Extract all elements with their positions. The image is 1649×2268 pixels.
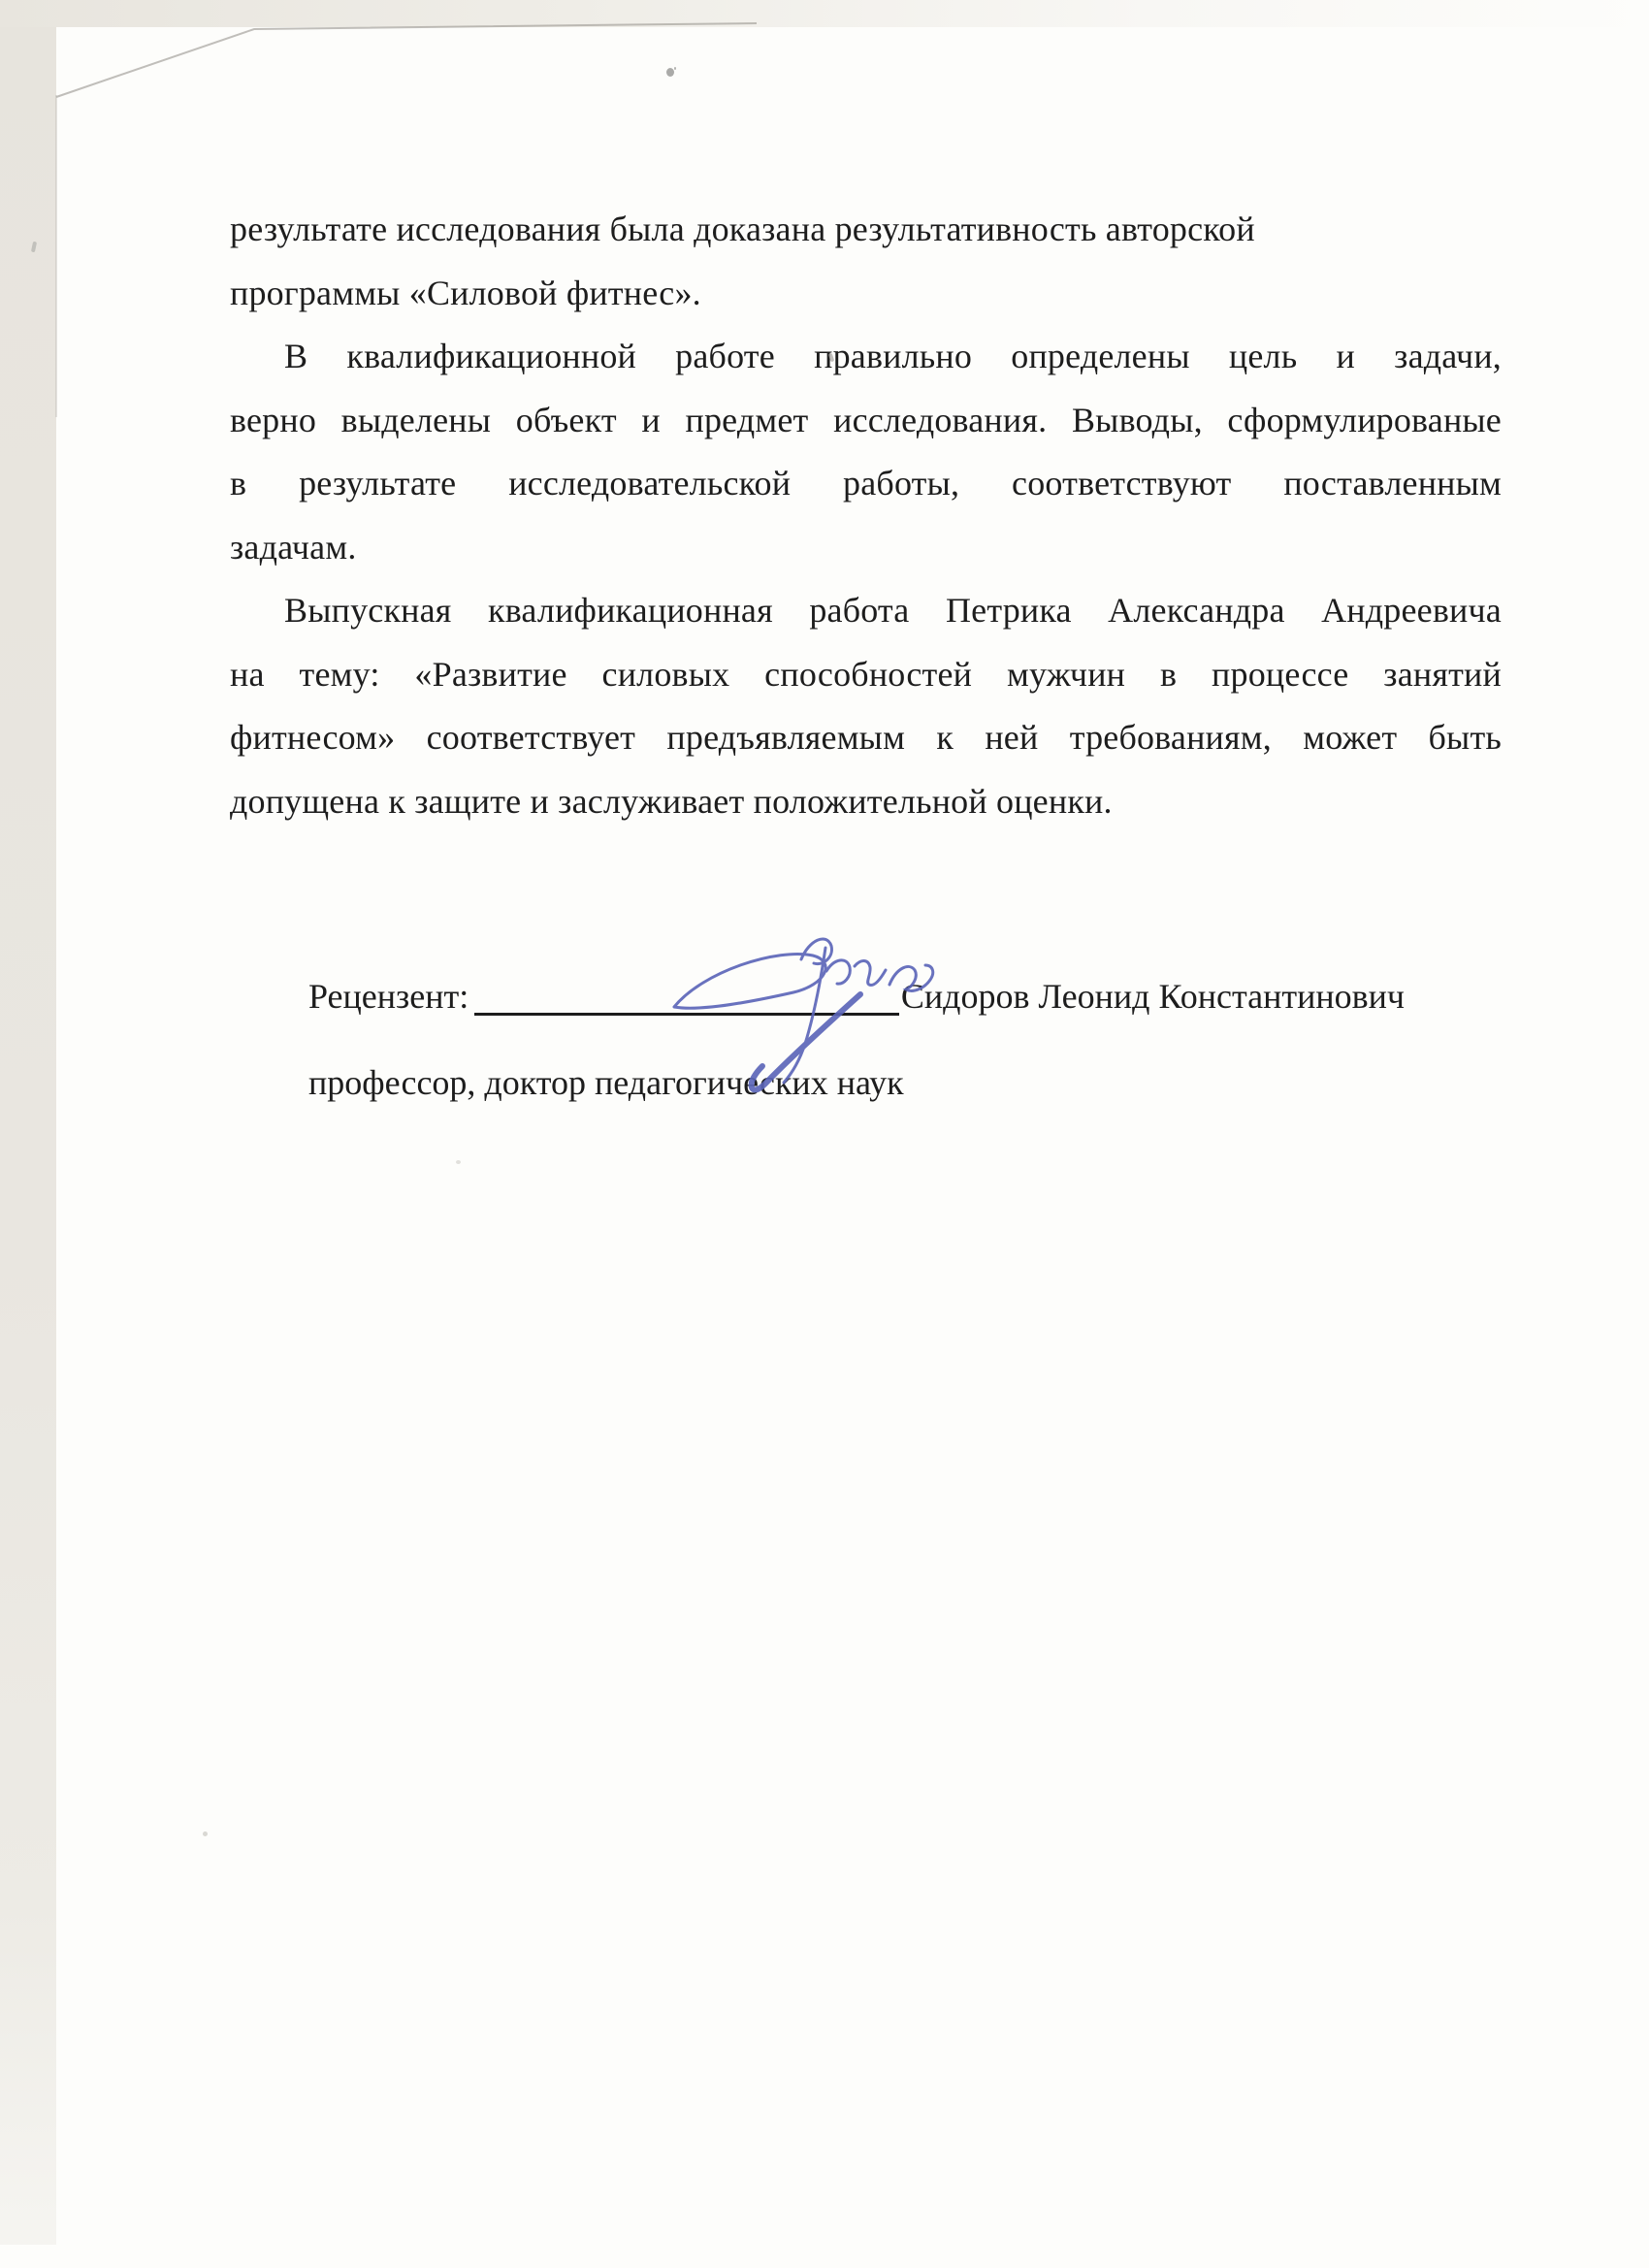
scan-speck	[203, 1831, 208, 1836]
body-line: В квалификационной работе правильно опре…	[230, 325, 1502, 389]
body-line: допущена к защите и заслуживает положите…	[230, 770, 1502, 834]
body-line: задачам.	[230, 516, 1502, 580]
scan-speck	[456, 1160, 461, 1164]
body-line: в результате исследовательской работы, с…	[230, 452, 1502, 516]
scan-bed-top-edge	[0, 0, 1649, 27]
handwritten-signature	[621, 907, 951, 1111]
review-text-block: результате исследования была доказана ре…	[230, 198, 1502, 833]
scanned-document-page: результате исследования была доказана ре…	[0, 0, 1649, 2268]
body-line: результате исследования была доказана ре…	[230, 198, 1502, 262]
body-line: программы «Силовой фитнес».	[230, 262, 1502, 326]
body-line: на тему: «Развитие силовых способностей …	[230, 643, 1502, 707]
scan-speck	[666, 68, 674, 77]
body-line: Выпускная квалификационная работа Петрик…	[230, 579, 1502, 643]
scan-bed-left-edge	[0, 0, 56, 2245]
body-line: верно выделены объект и предмет исследов…	[230, 389, 1502, 453]
reviewer-name: Сидоров Леонид Константинович	[901, 973, 1405, 1020]
body-line: фитнесом» соответствует предъявляемым к …	[230, 706, 1502, 770]
reviewer-label: Рецензент:	[308, 973, 469, 1020]
